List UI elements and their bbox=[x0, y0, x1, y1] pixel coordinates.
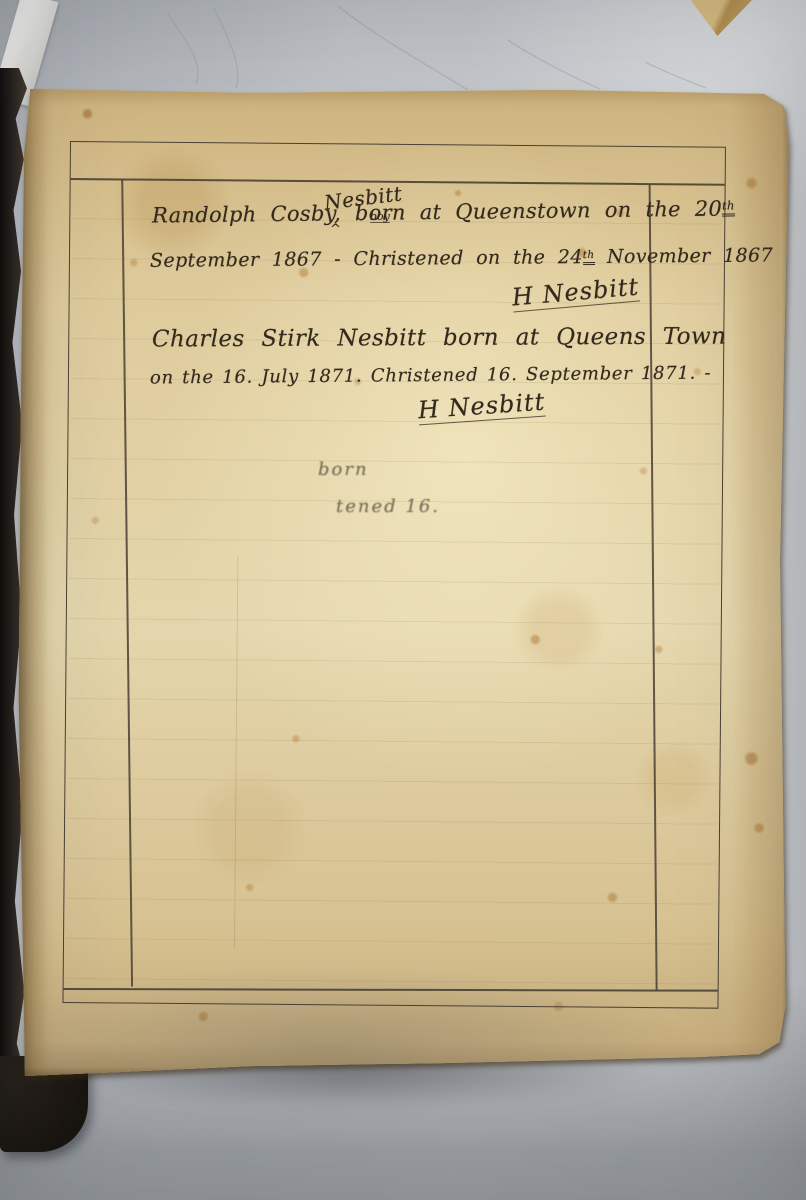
entry1-line2-text: September 1867 - Christened on the 24 bbox=[150, 246, 583, 272]
ghost-text-line2: tened 16. bbox=[336, 498, 440, 516]
entry2-line2: on the 16. July 1871. Christened 16. Sep… bbox=[150, 365, 711, 388]
register-page-wrap: Randolph Cosby, born at Queenstown on th… bbox=[18, 84, 790, 1076]
photo-frame: Randolph Cosby, born at Queenstown on th… bbox=[0, 0, 806, 1200]
entry1-line1-text: born at Queenstown on the 20 bbox=[355, 197, 722, 225]
entry1-line2-end: November 1867 — bbox=[607, 244, 805, 268]
entry1-name: Randolph Cosby, bbox=[152, 201, 341, 227]
register-page: Randolph Cosby, born at Queenstown on th… bbox=[18, 84, 790, 1076]
gutter-shadow bbox=[18, 84, 48, 1076]
entry2-line1: Charles Stirk Nesbitt born at Queens Tow… bbox=[152, 325, 726, 351]
insertion-caret: ^ bbox=[330, 223, 341, 236]
entry1-inserted-note: boy bbox=[370, 211, 390, 223]
entry1-line1-ordinal: th bbox=[722, 199, 735, 217]
ghost-text-line1: born bbox=[318, 461, 369, 479]
entry1-line2-ordinal: th bbox=[583, 249, 595, 265]
